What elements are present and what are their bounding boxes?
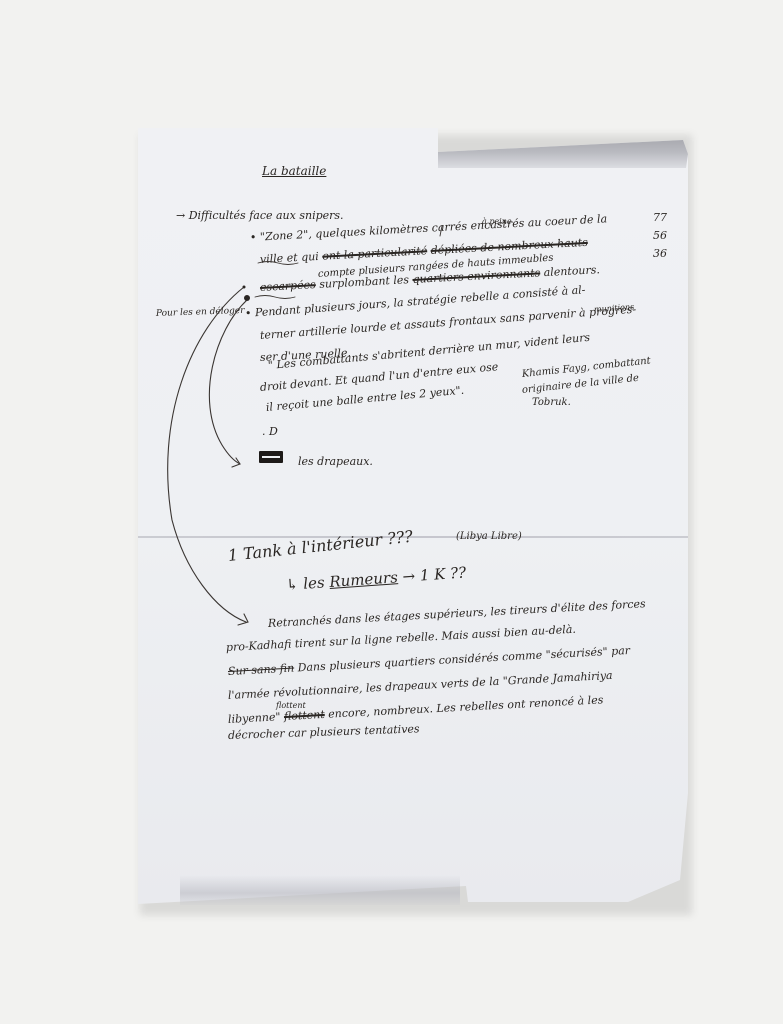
arrow-origin-dot [244, 295, 250, 301]
short-arrow-curve [209, 300, 247, 464]
long-arrow-curve [168, 287, 246, 622]
hand-drawn-arrows [0, 0, 783, 1024]
